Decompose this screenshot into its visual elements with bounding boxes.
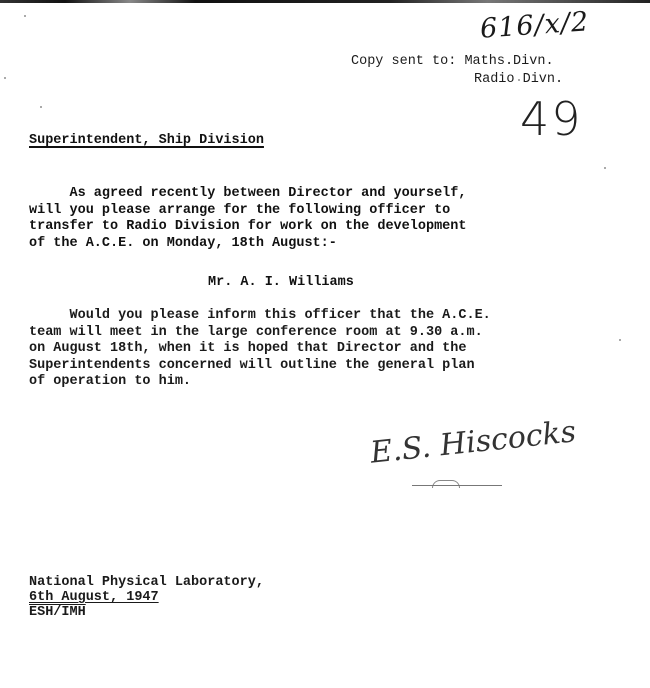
- sender-block: National Physical Laboratory, 6th August…: [29, 575, 264, 620]
- scan-speck: [619, 339, 621, 341]
- paragraph-2: Would you please inform this officer tha…: [29, 308, 491, 391]
- copy-sent-to-label: Copy sent to:: [351, 54, 456, 69]
- signature-flourish: [432, 480, 460, 488]
- handwritten-reference: 616/x/2: [479, 6, 590, 45]
- copy-recipient: Radio Divn.: [351, 71, 563, 89]
- officer-name: Mr. A. I. Williams: [208, 275, 354, 290]
- paragraph-line: will you please arrange for the followin…: [29, 203, 466, 220]
- paragraph-line: of the A.C.E. on Monday, 18th August:-: [29, 236, 466, 253]
- paragraph-line: Superintendents concerned will outline t…: [29, 358, 491, 375]
- scan-speck: [24, 15, 26, 17]
- scan-speck: [518, 79, 520, 81]
- scan-speck: [604, 167, 606, 169]
- copy-sent-to: Copy sent to: Maths.Divn.Radio Divn.: [351, 53, 563, 89]
- signature: E.S. Hiscocks: [369, 414, 578, 470]
- signature-underline: [412, 485, 502, 486]
- paragraph-line: As agreed recently between Director and …: [29, 186, 466, 203]
- reference-initials: ESH/IMH: [29, 605, 86, 620]
- paragraph-line: of operation to him.: [29, 374, 491, 391]
- paragraph-line: team will meet in the large conference r…: [29, 325, 491, 342]
- folio-number: 49: [520, 92, 583, 146]
- addressee: Superintendent, Ship Division: [29, 133, 264, 148]
- paragraph-line: on August 18th, when it is hoped that Di…: [29, 341, 491, 358]
- paragraph-1: As agreed recently between Director and …: [29, 186, 466, 252]
- sender-organization: National Physical Laboratory,: [29, 575, 264, 590]
- scan-top-edge: [0, 0, 650, 3]
- scan-speck: [40, 106, 42, 108]
- scan-speck: [4, 77, 6, 79]
- copy-recipient: Maths.Divn.: [464, 54, 553, 69]
- paragraph-line: transfer to Radio Division for work on t…: [29, 219, 466, 236]
- paragraph-line: Would you please inform this officer tha…: [29, 308, 491, 325]
- letter-date: 6th August, 1947: [29, 590, 159, 605]
